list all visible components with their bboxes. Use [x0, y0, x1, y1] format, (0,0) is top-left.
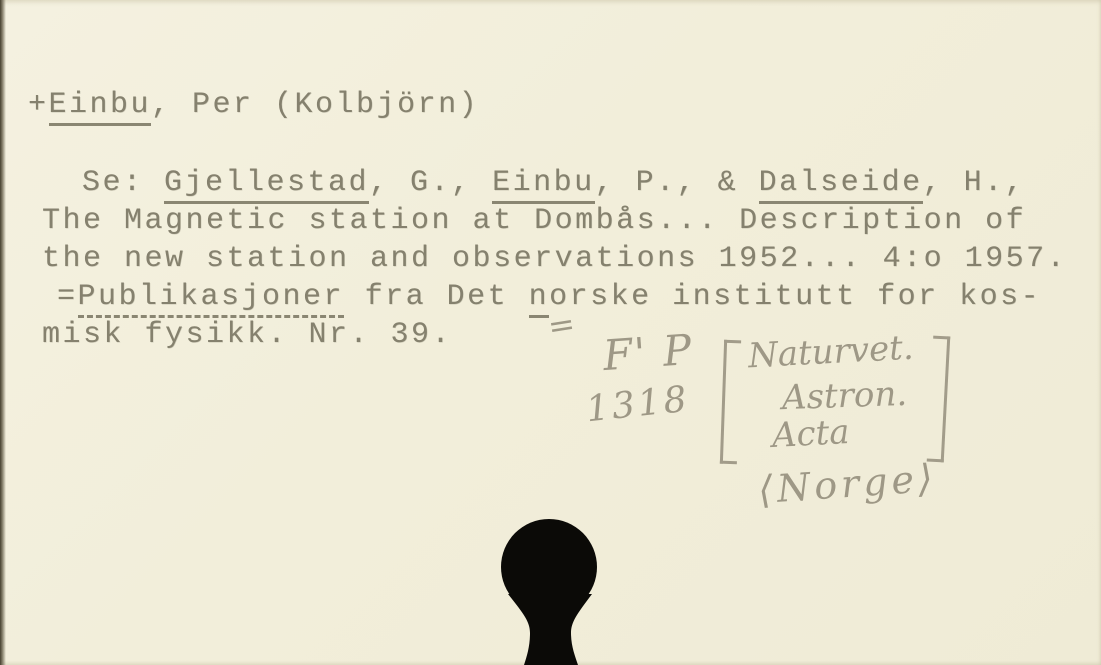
see-sep3: , H.,: [923, 166, 1026, 200]
see-sep1: , G.,: [369, 166, 492, 200]
pencil-equals-mark: =: [545, 304, 577, 346]
series-eq: =: [57, 280, 78, 314]
series-title: Publikasjoner: [78, 280, 345, 318]
series-line-2: misk fysikk. Nr. 39.: [42, 316, 452, 354]
pencil-code: F' P: [601, 325, 695, 380]
catalog-card: +Einbu, Per (Kolbjörn) Se: Gjellestad, G…: [0, 0, 1101, 665]
right-bracket: [927, 336, 951, 463]
heading-plus: +: [28, 88, 49, 122]
heading-rest: , Per (Kolbjörn): [151, 88, 479, 122]
classification-naturvet: Naturvet.: [747, 328, 915, 377]
author-gjellestad: Gjellestad: [164, 166, 369, 204]
see-reference-line: Se: Gjellestad, G., Einbu, P., & Dalseid…: [82, 164, 1025, 202]
series-rest: orske institutt for kos-: [549, 280, 1041, 314]
heading-surname: Einbu: [49, 88, 152, 126]
heading-line: +Einbu, Per (Kolbjörn): [28, 86, 479, 124]
title-line-1: The Magnetic station at Dombås... Descri…: [42, 202, 1026, 240]
author-einbu: Einbu: [492, 166, 595, 204]
see-lead: Se:: [82, 166, 164, 200]
series-mid: fra Det: [344, 280, 529, 314]
classification-acta: Acta: [771, 412, 851, 456]
author-dalseide: Dalseide: [759, 166, 923, 204]
title-line-2: the new station and observations 1952...…: [42, 240, 1067, 278]
see-sep2: , P., &: [595, 166, 759, 200]
left-bracket: [720, 340, 741, 465]
card-left-edge: [0, 0, 6, 665]
country-note: ⟨Norge⟩: [757, 456, 938, 512]
pencil-number: 1318: [584, 379, 691, 431]
